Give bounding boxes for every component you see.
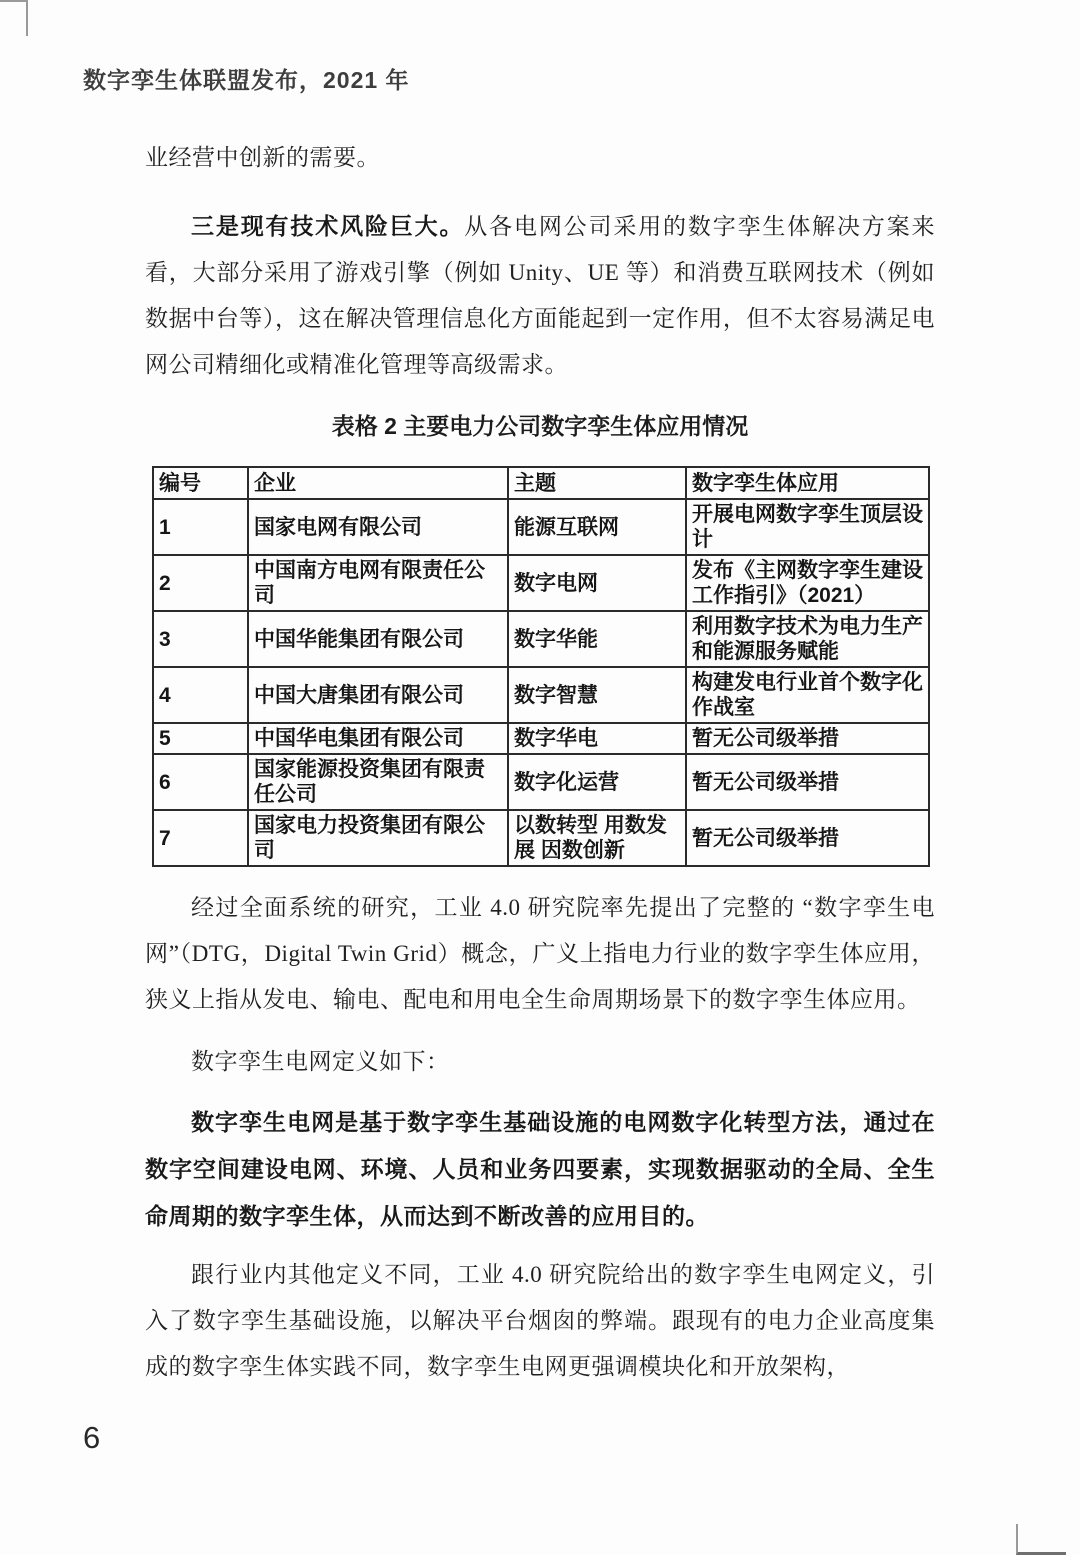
table-cell-theme: 数字化运营 (508, 754, 686, 810)
paragraph-definition-bold: 数字孪生电网是基于数字孪生基础设施的电网数字化转型方法，通过在数字空间建设电网、… (145, 1099, 935, 1240)
power-company-application-table: 编号 企业 主题 数字孪生体应用 1 国家电网有限公司 能源互联网 开展电网数字… (152, 466, 930, 867)
table-row: 1 国家电网有限公司 能源互联网 开展电网数字孪生顶层设计 (153, 499, 929, 555)
table-row: 4 中国大唐集团有限公司 数字智慧 构建发电行业首个数字化作战室 (153, 667, 929, 723)
document-body: 业经营中创新的需要。 三是现有技术风险巨大。从各电网公司采用的数字孪生体解决方案… (145, 135, 935, 1390)
page-number: 6 (83, 1420, 100, 1456)
table-header-row: 编号 企业 主题 数字孪生体应用 (153, 467, 929, 499)
paragraph-research: 经过全面系统的研究，工业 4.0 研究院率先提出了完整的 “数字孪生电网”（DT… (145, 885, 935, 1023)
table-caption: 表格 2 主要电力公司数字孪生体应用情况 (145, 408, 935, 444)
scan-corner-mark-top-left (0, 0, 28, 36)
table-cell-theme: 以数转型 用数发展 因数创新 (508, 810, 686, 866)
document-header: 数字孪生体联盟发布，2021 年 (83, 62, 410, 95)
column-header-application: 数字孪生体应用 (686, 467, 929, 499)
table-cell-id: 6 (153, 754, 248, 810)
table-cell-theme: 数字电网 (508, 555, 686, 611)
table-cell-company: 中国南方电网有限责任公司 (248, 555, 508, 611)
paragraph-technology-risk: 三是现有技术风险巨大。从各电网公司采用的数字孪生体解决方案来看，大部分采用了游戏… (145, 203, 935, 388)
table-cell-company: 中国华电集团有限公司 (248, 723, 508, 754)
table-cell-application: 利用数字技术为电力生产和能源服务赋能 (686, 611, 929, 667)
table-row: 3 中国华能集团有限公司 数字华能 利用数字技术为电力生产和能源服务赋能 (153, 611, 929, 667)
table-cell-company: 国家电网有限公司 (248, 499, 508, 555)
table-cell-application: 暂无公司级举措 (686, 723, 929, 754)
column-header-id: 编号 (153, 467, 248, 499)
table-cell-theme: 能源互联网 (508, 499, 686, 555)
table-cell-id: 3 (153, 611, 248, 667)
table-cell-application: 构建发电行业首个数字化作战室 (686, 667, 929, 723)
table-cell-theme: 数字华能 (508, 611, 686, 667)
document-page: 数字孪生体联盟发布，2021 年 业经营中创新的需要。 三是现有技术风险巨大。从… (0, 0, 1080, 1555)
table-row: 6 国家能源投资集团有限责任公司 数字化运营 暂无公司级举措 (153, 754, 929, 810)
table-cell-application: 暂无公司级举措 (686, 810, 929, 866)
table-cell-application: 发布《主网数字孪生建设工作指引》（2021） (686, 555, 929, 611)
table-row: 5 中国华电集团有限公司 数字华电 暂无公司级举措 (153, 723, 929, 754)
paragraph-definition-intro: 数字孪生电网定义如下： (145, 1039, 935, 1085)
column-header-theme: 主题 (508, 467, 686, 499)
column-header-company: 企业 (248, 467, 508, 499)
table-cell-id: 7 (153, 810, 248, 866)
paragraph-difference: 跟行业内其他定义不同，工业 4.0 研究院给出的数字孪生电网定义，引入了数字孪生… (145, 1252, 935, 1390)
scan-corner-mark-bottom-right (1016, 1524, 1066, 1555)
table-cell-application: 开展电网数字孪生顶层设计 (686, 499, 929, 555)
table-cell-company: 中国大唐集团有限公司 (248, 667, 508, 723)
table-cell-application: 暂无公司级举措 (686, 754, 929, 810)
table-cell-id: 5 (153, 723, 248, 754)
table-cell-id: 2 (153, 555, 248, 611)
table-row: 2 中国南方电网有限责任公司 数字电网 发布《主网数字孪生建设工作指引》（202… (153, 555, 929, 611)
table-cell-company: 国家电力投资集团有限公司 (248, 810, 508, 866)
table-cell-theme: 数字智慧 (508, 667, 686, 723)
table-row: 7 国家电力投资集团有限公司 以数转型 用数发展 因数创新 暂无公司级举措 (153, 810, 929, 866)
paragraph-continuation: 业经营中创新的需要。 (145, 135, 935, 181)
table-cell-company: 国家能源投资集团有限责任公司 (248, 754, 508, 810)
table-cell-company: 中国华能集团有限公司 (248, 611, 508, 667)
table-cell-id: 4 (153, 667, 248, 723)
paragraph-lead-bold: 三是现有技术风险巨大。 (191, 213, 464, 239)
table-cell-id: 1 (153, 499, 248, 555)
table-cell-theme: 数字华电 (508, 723, 686, 754)
